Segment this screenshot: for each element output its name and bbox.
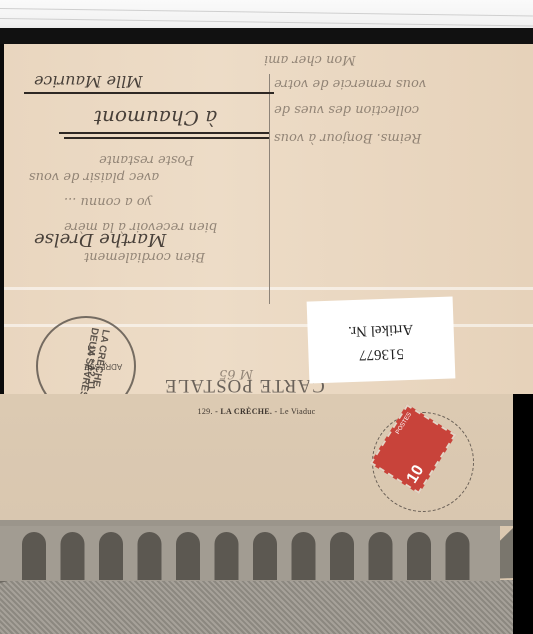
address-name: Mlle Maurice xyxy=(34,72,143,91)
viaduct-illustration xyxy=(0,518,513,598)
caption-number: 129. xyxy=(198,407,213,416)
scanner-shadow xyxy=(513,394,533,634)
address-line: Poste restante xyxy=(99,152,194,167)
pencil-note: M 65 xyxy=(219,366,253,381)
stamp-value: 10 xyxy=(404,462,429,487)
caption-place: - LA CRÈCHE. xyxy=(215,407,272,416)
divider-line xyxy=(269,74,270,304)
message-line: collection des vues de xyxy=(274,102,419,117)
article-number: 513677 xyxy=(308,342,455,364)
scanner-shadow xyxy=(0,28,533,44)
address-rule xyxy=(24,92,274,94)
message-line: yo a connu ... xyxy=(64,194,152,209)
article-label: 513677 Artikel Nr. xyxy=(307,296,456,383)
message-line: Mon cher ami xyxy=(264,52,356,67)
message-line: Bien cordialement xyxy=(84,249,205,264)
address-city: à Chaumont xyxy=(94,106,217,130)
article-title: Artikel Nr. xyxy=(307,318,454,340)
signature: Marthe Drelse xyxy=(34,229,166,250)
address-rule xyxy=(59,132,269,134)
postmark-date: 14 * 12 11 xyxy=(85,345,96,390)
message-line: vous remercie de votre xyxy=(274,76,426,91)
message-line: Reims. Bonjour à vous xyxy=(274,130,421,145)
message-line: avec plaisir de vous xyxy=(29,169,159,184)
address-rule xyxy=(64,137,269,139)
postmark: LA CRÈCHE DEUX SÈVRES 14 * 12 11 xyxy=(36,316,136,394)
caption-subject: - Le Viaduc xyxy=(275,407,316,416)
